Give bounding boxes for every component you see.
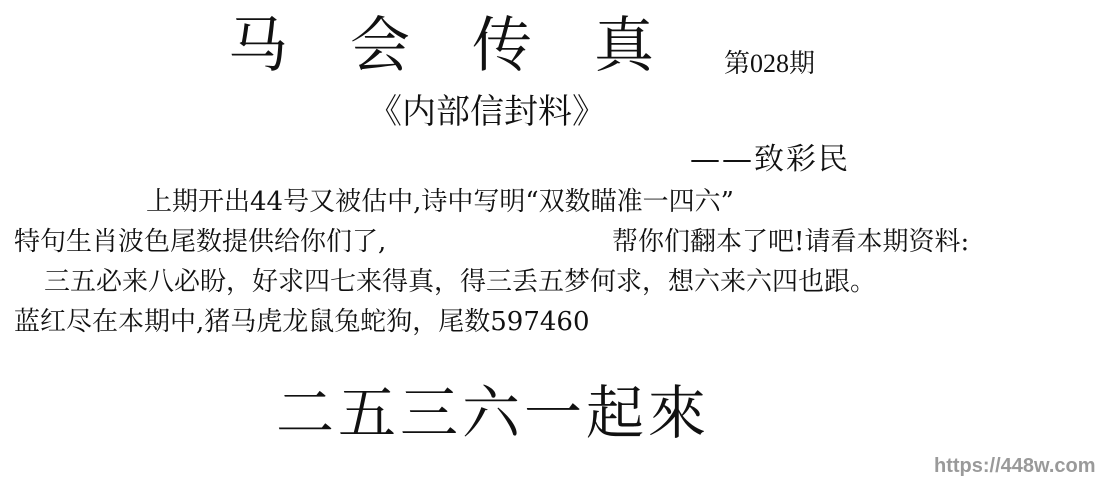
subtitle: 《内部信封料》 <box>368 90 606 134</box>
poem-line: 三五必来八必盼，好求四七来得真，得三丢五梦何求，想六来六四也跟。 <box>44 264 876 300</box>
body-line-1: 上期开出44号又被估中,诗中写明“双数瞄准一四六” <box>146 184 734 220</box>
watermark: https://448w.com <box>934 453 1096 479</box>
page-title: 马会传真 <box>228 6 716 86</box>
issue-number: 第028期 <box>724 46 815 82</box>
highlight-phrase: 二五三六一起來 <box>276 376 710 450</box>
body-line-2-part-1: 特句生肖波色尾数提供给你们了, <box>14 224 386 260</box>
body-line-4: 蓝红尽在本期中,猪马虎龙鼠兔蛇狗，尾数597460 <box>14 304 590 340</box>
body-line-2-part-2: 帮你们翻本了吧!请看本期资料: <box>612 224 969 260</box>
dedication: ——致彩民 <box>690 140 850 180</box>
